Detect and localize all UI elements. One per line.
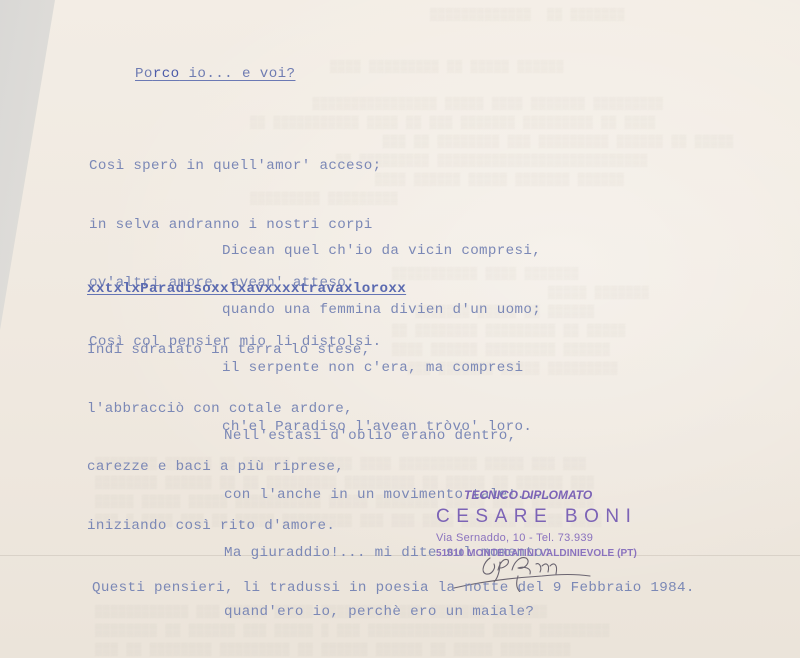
title-part: Po xyxy=(135,66,153,82)
poem-title: Porco io... e voi? xyxy=(135,66,295,82)
title-part-overstruck: rco xyxy=(153,66,180,82)
footer-date-note: Questi pensieri, li tradussi in poesia l… xyxy=(92,580,695,596)
poem-line: Dicean quel ch'io da vicin compresi, xyxy=(222,242,541,262)
struck-out-line: xxtxlxParadisoxxlxavxxxxtravaxloroxx xyxy=(87,281,406,297)
poem-line: Così sperò in quell'amor' acceso; xyxy=(89,157,382,177)
poem-line: Indi sdraiato in terra lo stese, xyxy=(87,341,371,361)
stamp-name: CESARE BONI xyxy=(436,506,637,528)
stamp-address: Via Sernaddo, 10 - Tel. 73.939 xyxy=(436,532,593,544)
poem-line: Nell'estasi d'oblio erano dentro, xyxy=(224,427,552,447)
title-part: io... e voi? xyxy=(180,66,296,82)
stamp-title: TECNICO DIPLOMATO xyxy=(464,488,592,502)
poem-line: quand'ero io, perchè ero un maiale? xyxy=(224,603,552,623)
